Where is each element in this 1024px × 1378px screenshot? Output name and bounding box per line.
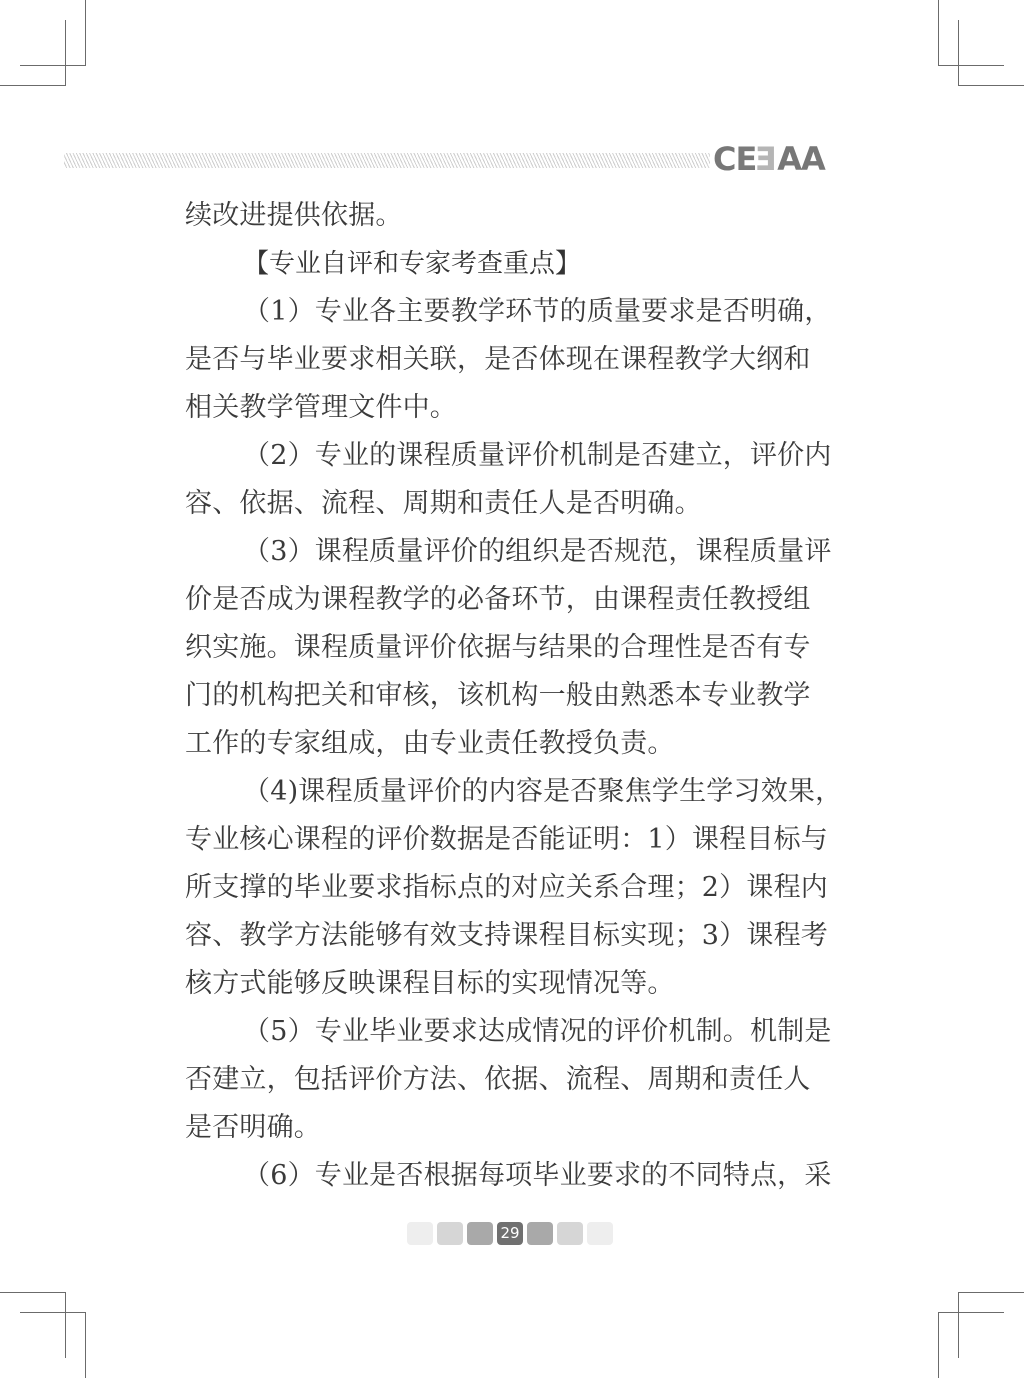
paragraph-item-3: （3）课程质量评价的组织是否规范，课程质量评 [185,528,840,576]
pager-block [467,1222,493,1245]
logo-letters-aa: AA [777,140,825,178]
text-line: 容、依据、流程、周期和责任人是否明确。 [185,480,840,528]
text-line: 是否与毕业要求相关联，是否体现在课程教学大纲和 [185,336,840,384]
document-body: 续改进提供依据。 【专业自评和专家考查重点】 （1）专业各主要教学环节的质量要求… [185,192,840,1200]
pager-block [557,1222,583,1245]
text-line: 工作的专家组成，由专业责任教授负责。 [185,720,840,768]
header-hatch-band [64,153,710,168]
text-line: 织实施。课程质量评价依据与结果的合理性是否有专 [185,624,840,672]
text-line: 相关教学管理文件中。 [185,384,840,432]
text-line: 价是否成为课程教学的必备环节，由课程责任教授组 [185,576,840,624]
pager-block [407,1222,433,1245]
text-line: 是否明确。 [185,1104,840,1152]
logo-letter-c: C [713,140,735,178]
text-line: 容、教学方法能够有效支持课程目标实现；3）课程考 [185,912,840,960]
paragraph-item-5: （5）专业毕业要求达成情况的评价机制。机制是 [185,1008,840,1056]
pager-block [527,1222,553,1245]
paragraph-item-2: （2）专业的课程质量评价机制是否建立，评价内 [185,432,840,480]
logo-letter-e1: E [735,140,756,178]
section-heading: 【专业自评和专家考查重点】 [185,240,840,288]
pager-block [437,1222,463,1245]
text-line: 续改进提供依据。 [185,192,840,240]
text-line: 所支撑的毕业要求指标点的对应关系合理；2）课程内 [185,864,840,912]
logo-letter-e2: E [756,140,777,178]
text-line: 专业核心课程的评价数据是否能证明：1）课程目标与 [185,816,840,864]
ceeaa-logo: C E E AA [713,143,825,175]
paragraph-item-1: （1）专业各主要教学环节的质量要求是否明确， [185,288,840,336]
page-number-bar: 29 [407,1222,613,1245]
paragraph-item-4: （4)课程质量评价的内容是否聚焦学生学习效果， [185,768,840,816]
text-line: 门的机构把关和审核，该机构一般由熟悉本专业教学 [185,672,840,720]
page-number: 29 [497,1222,523,1245]
text-line: 核方式能够反映课程目标的实现情况等。 [185,960,840,1008]
pager-block [587,1222,613,1245]
paragraph-item-6: （6）专业是否根据每项毕业要求的不同特点，采 [185,1152,840,1200]
text-line: 否建立，包括评价方法、依据、流程、周期和责任人 [185,1056,840,1104]
